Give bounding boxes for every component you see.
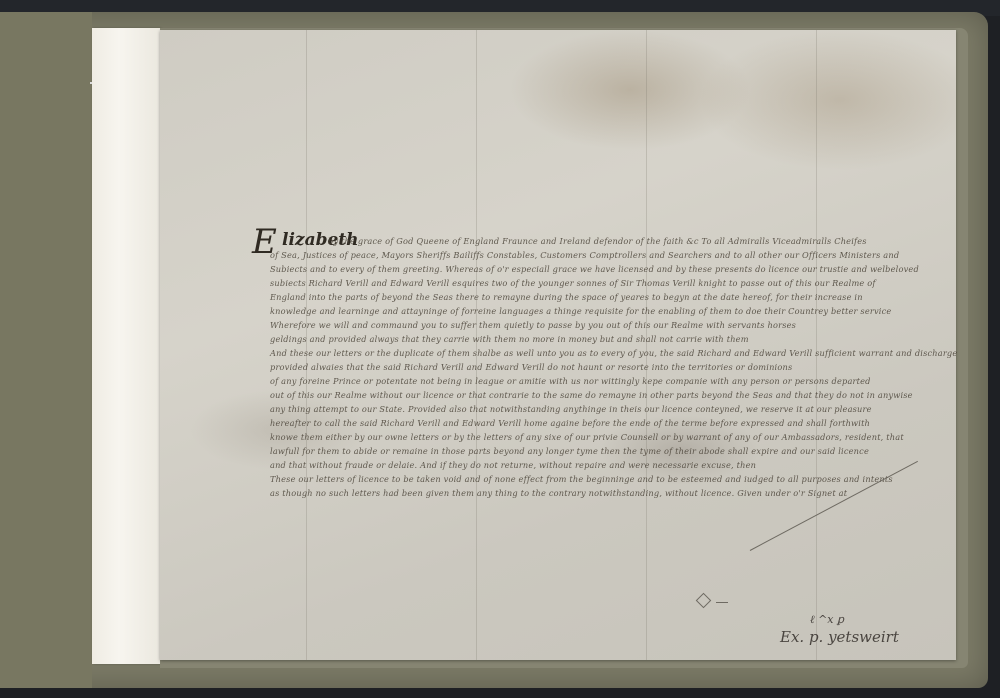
fold-line xyxy=(816,30,817,660)
folder-left-flap xyxy=(0,12,92,688)
dash-mark xyxy=(716,602,728,603)
clerk-signature: Ex. p. yetsweirt xyxy=(780,628,899,646)
parchment-document: E lizabeth by the grace of God Queene of… xyxy=(160,30,956,660)
text-line: geldings and provided always that they c… xyxy=(270,334,749,344)
fold-line xyxy=(646,30,647,660)
text-line: England into the parts of beyond the Sea… xyxy=(270,292,863,302)
text-line: any thing attempt to our State. Provided… xyxy=(270,404,872,414)
text-line: Subiects and to every of them greeting. … xyxy=(270,264,919,274)
diamond-mark xyxy=(696,593,712,609)
text-line: of any foreine Prince or potentate not b… xyxy=(270,376,871,386)
text-line: Wherefore we will and commaund you to su… xyxy=(270,320,796,330)
text-line: knowledge and learninge and attayninge o… xyxy=(270,306,891,316)
endorsement-mark: ℓ ^x ꝑ xyxy=(810,613,844,626)
fold-line xyxy=(306,30,307,660)
text-line: And these our letters or the duplicate o… xyxy=(270,348,957,358)
text-line: hereafter to call the said Richard Veril… xyxy=(270,418,870,428)
text-line: as though no such letters had been given… xyxy=(270,488,847,498)
text-line: out of this our Realme without our licen… xyxy=(270,390,913,400)
text-line: of Sea, Justices of peace, Mayors Sherif… xyxy=(270,250,899,260)
text-line: by the grace of God Queene of England Fr… xyxy=(328,236,867,246)
text-line: knowe them either by our owne letters or… xyxy=(270,432,904,442)
fold-line xyxy=(476,30,477,660)
text-line: provided alwaies that the said Richard V… xyxy=(270,362,792,372)
text-line: These our letters of licence to be taken… xyxy=(270,474,893,484)
paper-guard-strip xyxy=(92,28,160,664)
text-line: lawfull for them to abide or remaine in … xyxy=(270,446,869,456)
text-line: subiects Richard Verill and Edward Veril… xyxy=(270,278,876,288)
text-line: and that without fraude or delaie. And i… xyxy=(270,460,756,470)
